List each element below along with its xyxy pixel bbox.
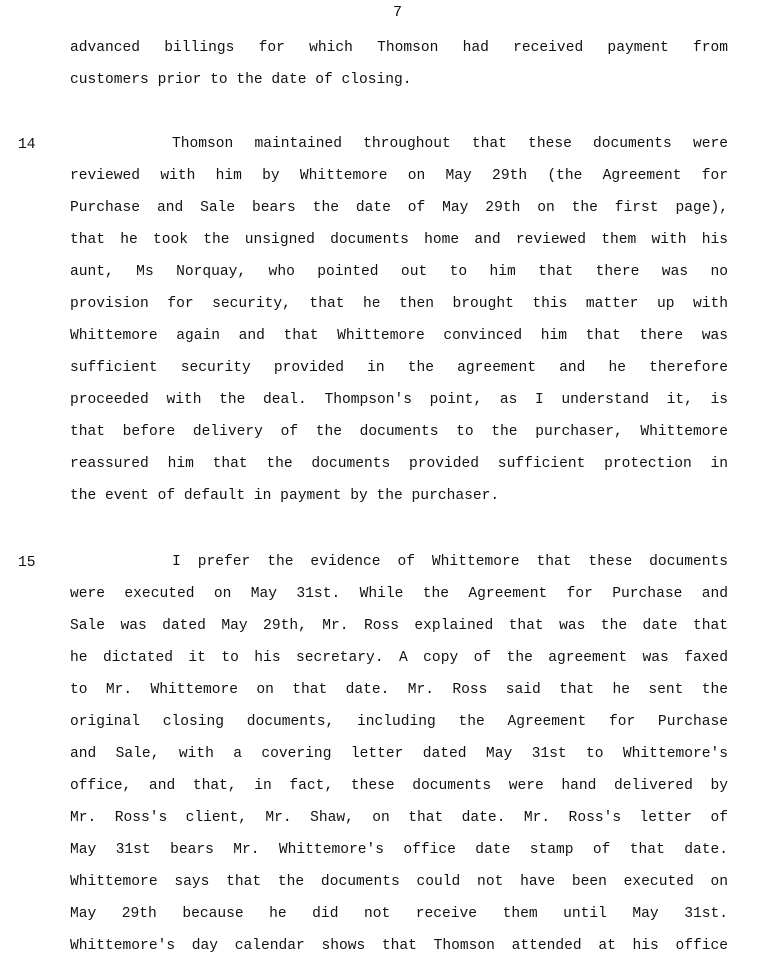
text-line: proceeded with the deal. Thompson's poin… <box>70 390 728 410</box>
text-line: the event of default in payment by the p… <box>70 486 728 506</box>
text-line: Whittemore's day calendar shows that Tho… <box>70 936 728 956</box>
text-line: and Sale, with a covering letter dated M… <box>70 744 728 764</box>
text-line: aunt, Ms Norquay, who pointed out to him… <box>70 262 728 282</box>
text-line: he dictated it to his secretary. A copy … <box>70 648 728 668</box>
page-number: 7 <box>0 4 772 21</box>
text-line: Thomson maintained throughout that these… <box>172 134 728 154</box>
text-line: sufficient security provided in the agre… <box>70 358 728 378</box>
text-line: I prefer the evidence of Whittemore that… <box>172 552 728 572</box>
paragraph-number: 15 <box>18 553 36 573</box>
text-line: office, and that, in fact, these documen… <box>70 776 728 796</box>
text-line: Whittemore says that the documents could… <box>70 872 728 892</box>
text-line: Sale was dated May 29th, Mr. Ross explai… <box>70 616 728 636</box>
text-line: customers prior to the date of closing. <box>70 70 728 90</box>
text-line: that before delivery of the documents to… <box>70 422 728 442</box>
text-line: that he took the unsigned documents home… <box>70 230 728 250</box>
paragraph-number: 14 <box>18 135 36 155</box>
text-line: May 31st bears Mr. Whittemore's office d… <box>70 840 728 860</box>
text-line: May 29th because he did not receive them… <box>70 904 728 924</box>
text-line: Purchase and Sale bears the date of May … <box>70 198 728 218</box>
text-line: reassured him that the documents provide… <box>70 454 728 474</box>
text-line: provision for security, that he then bro… <box>70 294 728 314</box>
text-line: original closing documents, including th… <box>70 712 728 732</box>
text-line: were executed on May 31st. While the Agr… <box>70 584 728 604</box>
text-line: advanced billings for which Thomson had … <box>70 38 728 58</box>
text-line: Mr. Ross's client, Mr. Shaw, on that dat… <box>70 808 728 828</box>
text-line: to Mr. Whittemore on that date. Mr. Ross… <box>70 680 728 700</box>
text-line: reviewed with him by Whittemore on May 2… <box>70 166 728 186</box>
text-line: Whittemore again and that Whittemore con… <box>70 326 728 346</box>
